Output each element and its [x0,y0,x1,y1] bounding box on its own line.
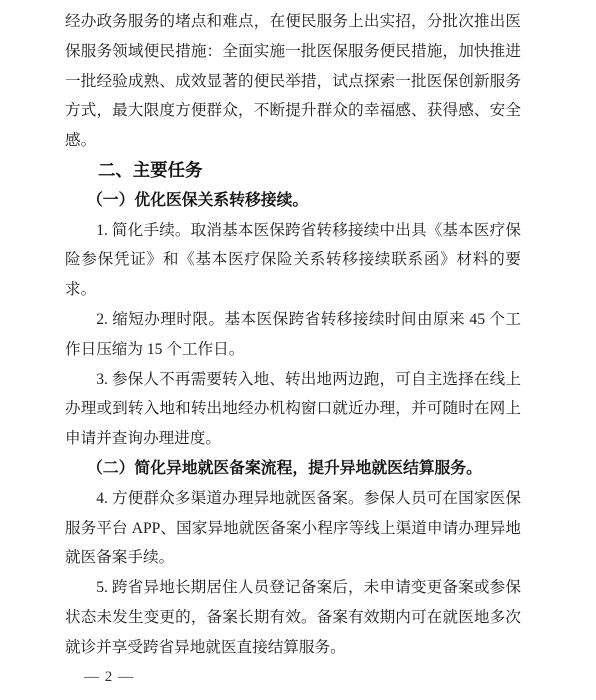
paragraph-item-3: 3. 参保人不再需要转入地、转出地两边跑，可自主选择在线上办理或到转入地和转出地… [65,365,521,454]
document-content: 经办政务服务的堵点和难点，在便民服务上出实招，分批次推出医保服务领域便民措施：全… [65,7,521,692]
paragraph-item-5: 5. 跨省异地长期居住人员登记备案后，未申请变更备案或参保状态未发生变更的，备案… [65,573,521,662]
subsection-heading-2: （二）简化异地就医备案流程，提升异地就医结算服务。 [65,454,521,484]
paragraph-item-2: 2. 缩短办理时限。基本医保跨省转移接续时间由原来 45 个工作日压缩为 15 … [65,305,521,365]
paragraph-item-4: 4. 方便群众多渠道办理异地就医备案。参保人员可在国家医保服务平台 APP、国家… [65,484,521,573]
paragraph-intro-continued: 经办政务服务的堵点和难点，在便民服务上出实招，分批次推出医保服务领域便民措施：全… [65,7,521,156]
page-number: — 2 — [65,663,521,693]
section-heading-main-tasks: 二、主要任务 [65,156,521,186]
subsection-heading-1: （一）优化医保关系转移接续。 [65,186,521,216]
paragraph-item-1: 1. 简化手续。取消基本医保跨省转移接续中出具《基本医疗保险参保凭证》和《基本医… [65,216,521,305]
document-page: 经办政务服务的堵点和难点，在便民服务上出实招，分批次推出医保服务领域便民措施：全… [0,0,596,700]
